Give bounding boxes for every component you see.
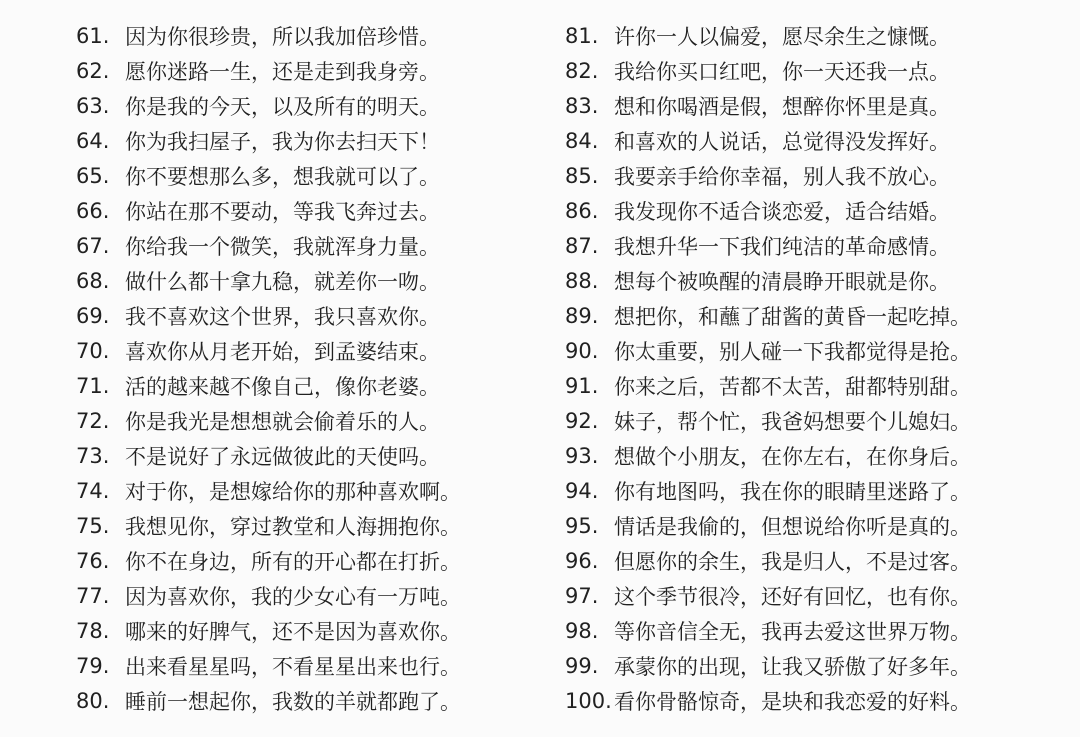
- list-item: 91.你来之后，苦都不太苦，甜都特别甜。: [565, 368, 971, 403]
- list-item: 85.我要亲手给你幸福，别人我不放心。: [565, 158, 971, 193]
- item-number: 95.: [565, 514, 614, 538]
- item-text: 你不在身边，所有的开心都在打折。: [125, 546, 461, 576]
- item-text: 看你骨骼惊奇，是块和我恋爱的好料。: [614, 686, 971, 716]
- item-text: 你有地图吗，我在你的眼睛里迷路了。: [614, 476, 971, 506]
- list-item: 72.你是我光是想想就会偷着乐的人。: [76, 403, 461, 438]
- list-item: 78.哪来的好脾气，还不是因为喜欢你。: [76, 613, 461, 648]
- item-number: 92.: [565, 409, 614, 433]
- item-text: 你是我光是想想就会偷着乐的人。: [125, 406, 440, 436]
- item-number: 91.: [565, 374, 614, 398]
- list-item: 75.我想见你，穿过教堂和人海拥抱你。: [76, 508, 461, 543]
- item-text: 对于你，是想嫁给你的那种喜欢啊。: [125, 476, 461, 506]
- item-text: 但愿你的余生，我是归人，不是过客。: [614, 546, 971, 576]
- item-text: 我想见你，穿过教堂和人海拥抱你。: [125, 511, 461, 541]
- list-item: 90.你太重要，别人碰一下我都觉得是抢。: [565, 333, 971, 368]
- item-text: 你给我一个微笑，我就浑身力量。: [125, 231, 440, 261]
- list-item: 87.我想升华一下我们纯洁的革命感情。: [565, 228, 971, 263]
- item-number: 84.: [565, 129, 614, 153]
- list-item: 83.想和你喝酒是假，想醉你怀里是真。: [565, 88, 971, 123]
- item-number: 74.: [76, 479, 125, 503]
- list-item: 86.我发现你不适合谈恋爱，适合结婚。: [565, 193, 971, 228]
- item-number: 81.: [565, 24, 614, 48]
- item-number: 96.: [565, 549, 614, 573]
- item-text: 因为喜欢你，我的少女心有一万吨。: [125, 581, 461, 611]
- list-item: 100.看你骨骼惊奇，是块和我恋爱的好料。: [565, 683, 971, 718]
- item-text: 想每个被唤醒的清晨睁开眼就是你。: [614, 266, 950, 296]
- item-text: 想和你喝酒是假，想醉你怀里是真。: [614, 91, 950, 121]
- item-number: 99.: [565, 654, 614, 678]
- list-item: 62.愿你迷路一生，还是走到我身旁。: [76, 53, 461, 88]
- quote-list-page: 61.因为你很珍贵，所以我加倍珍惜。62.愿你迷路一生，还是走到我身旁。63.你…: [0, 0, 1080, 737]
- list-item: 73.不是说好了永远做彼此的天使吗。: [76, 438, 461, 473]
- item-number: 93.: [565, 444, 614, 468]
- list-item: 76.你不在身边，所有的开心都在打折。: [76, 543, 461, 578]
- item-text: 这个季节很冷，还好有回忆，也有你。: [614, 581, 971, 611]
- quote-column-right: 81.许你一人以偏爱，愿尽余生之慷慨。82.我给你买口红吧，你一天还我一点。83…: [565, 18, 971, 718]
- item-number: 94.: [565, 479, 614, 503]
- item-text: 哪来的好脾气，还不是因为喜欢你。: [125, 616, 461, 646]
- list-item: 79.出来看星星吗，不看星星出来也行。: [76, 648, 461, 683]
- item-text: 许你一人以偏爱，愿尽余生之慷慨。: [614, 21, 950, 51]
- item-number: 90.: [565, 339, 614, 363]
- item-number: 76.: [76, 549, 125, 573]
- list-item: 96.但愿你的余生，我是归人，不是过客。: [565, 543, 971, 578]
- item-number: 98.: [565, 619, 614, 643]
- item-text: 情话是我偷的，但想说给你听是真的。: [614, 511, 971, 541]
- list-item: 95.情话是我偷的，但想说给你听是真的。: [565, 508, 971, 543]
- list-item: 66.你站在那不要动，等我飞奔过去。: [76, 193, 461, 228]
- item-number: 63.: [76, 94, 125, 118]
- item-number: 83.: [565, 94, 614, 118]
- item-number: 61.: [76, 24, 125, 48]
- list-item: 82.我给你买口红吧，你一天还我一点。: [565, 53, 971, 88]
- item-text: 睡前一想起你，我数的羊就都跑了。: [125, 686, 461, 716]
- item-number: 66.: [76, 199, 125, 223]
- list-item: 80.睡前一想起你，我数的羊就都跑了。: [76, 683, 461, 718]
- item-text: 愿你迷路一生，还是走到我身旁。: [125, 56, 440, 86]
- item-text: 我不喜欢这个世界，我只喜欢你。: [125, 301, 440, 331]
- item-number: 75.: [76, 514, 125, 538]
- item-number: 62.: [76, 59, 125, 83]
- item-number: 88.: [565, 269, 614, 293]
- item-text: 你来之后，苦都不太苦，甜都特别甜。: [614, 371, 971, 401]
- item-text: 和喜欢的人说话，总觉得没发挥好。: [614, 126, 950, 156]
- item-number: 97.: [565, 584, 614, 608]
- item-number: 73.: [76, 444, 125, 468]
- list-item: 61.因为你很珍贵，所以我加倍珍惜。: [76, 18, 461, 53]
- list-item: 63.你是我的今天，以及所有的明天。: [76, 88, 461, 123]
- list-item: 70.喜欢你从月老开始，到孟婆结束。: [76, 333, 461, 368]
- item-number: 72.: [76, 409, 125, 433]
- list-item: 84.和喜欢的人说话，总觉得没发挥好。: [565, 123, 971, 158]
- item-number: 69.: [76, 304, 125, 328]
- list-item: 64.你为我扫屋子，我为你去扫天下！: [76, 123, 461, 158]
- item-text: 等你音信全无，我再去爱这世界万物。: [614, 616, 971, 646]
- list-item: 88.想每个被唤醒的清晨睁开眼就是你。: [565, 263, 971, 298]
- item-number: 68.: [76, 269, 125, 293]
- item-number: 67.: [76, 234, 125, 258]
- item-text: 因为你很珍贵，所以我加倍珍惜。: [125, 21, 440, 51]
- list-item: 92.妹子，帮个忙，我爸妈想要个儿媳妇。: [565, 403, 971, 438]
- item-number: 82.: [565, 59, 614, 83]
- item-text: 出来看星星吗，不看星星出来也行。: [125, 651, 461, 681]
- list-item: 99.承蒙你的出现，让我又骄傲了好多年。: [565, 648, 971, 683]
- item-number: 78.: [76, 619, 125, 643]
- list-item: 74.对于你，是想嫁给你的那种喜欢啊。: [76, 473, 461, 508]
- list-item: 93.想做个小朋友，在你左右，在你身后。: [565, 438, 971, 473]
- list-item: 77.因为喜欢你，我的少女心有一万吨。: [76, 578, 461, 613]
- item-text: 想做个小朋友，在你左右，在你身后。: [614, 441, 971, 471]
- list-item: 89.想把你，和蘸了甜酱的黄昏一起吃掉。: [565, 298, 971, 333]
- item-text: 你不要想那么多，想我就可以了。: [125, 161, 440, 191]
- list-item: 69.我不喜欢这个世界，我只喜欢你。: [76, 298, 461, 333]
- item-text: 我给你买口红吧，你一天还我一点。: [614, 56, 950, 86]
- item-text: 我想升华一下我们纯洁的革命感情。: [614, 231, 950, 261]
- list-item: 94.你有地图吗，我在你的眼睛里迷路了。: [565, 473, 971, 508]
- item-number: 87.: [565, 234, 614, 258]
- item-number: 85.: [565, 164, 614, 188]
- item-number: 86.: [565, 199, 614, 223]
- list-item: 81.许你一人以偏爱，愿尽余生之慷慨。: [565, 18, 971, 53]
- item-number: 80.: [76, 689, 125, 713]
- item-text: 你是我的今天，以及所有的明天。: [125, 91, 440, 121]
- item-text: 你为我扫屋子，我为你去扫天下！: [125, 126, 440, 156]
- item-number: 64.: [76, 129, 125, 153]
- item-number: 65.: [76, 164, 125, 188]
- item-number: 100.: [565, 689, 614, 713]
- item-text: 做什么都十拿九稳，就差你一吻。: [125, 266, 440, 296]
- list-item: 68.做什么都十拿九稳，就差你一吻。: [76, 263, 461, 298]
- item-text: 妹子，帮个忙，我爸妈想要个儿媳妇。: [614, 406, 971, 436]
- list-item: 97.这个季节很冷，还好有回忆，也有你。: [565, 578, 971, 613]
- item-text: 想把你，和蘸了甜酱的黄昏一起吃掉。: [614, 301, 971, 331]
- list-item: 71.活的越来越不像自己，像你老婆。: [76, 368, 461, 403]
- item-number: 89.: [565, 304, 614, 328]
- item-number: 79.: [76, 654, 125, 678]
- list-item: 65.你不要想那么多，想我就可以了。: [76, 158, 461, 193]
- item-text: 喜欢你从月老开始，到孟婆结束。: [125, 336, 440, 366]
- item-number: 77.: [76, 584, 125, 608]
- item-text: 不是说好了永远做彼此的天使吗。: [125, 441, 440, 471]
- item-text: 活的越来越不像自己，像你老婆。: [125, 371, 440, 401]
- item-number: 71.: [76, 374, 125, 398]
- list-item: 98.等你音信全无，我再去爱这世界万物。: [565, 613, 971, 648]
- quote-column-left: 61.因为你很珍贵，所以我加倍珍惜。62.愿你迷路一生，还是走到我身旁。63.你…: [76, 18, 461, 718]
- item-text: 你站在那不要动，等我飞奔过去。: [125, 196, 440, 226]
- item-text: 承蒙你的出现，让我又骄傲了好多年。: [614, 651, 971, 681]
- item-text: 我要亲手给你幸福，别人我不放心。: [614, 161, 950, 191]
- item-number: 70.: [76, 339, 125, 363]
- item-text: 你太重要，别人碰一下我都觉得是抢。: [614, 336, 971, 366]
- list-item: 67.你给我一个微笑，我就浑身力量。: [76, 228, 461, 263]
- item-text: 我发现你不适合谈恋爱，适合结婚。: [614, 196, 950, 226]
